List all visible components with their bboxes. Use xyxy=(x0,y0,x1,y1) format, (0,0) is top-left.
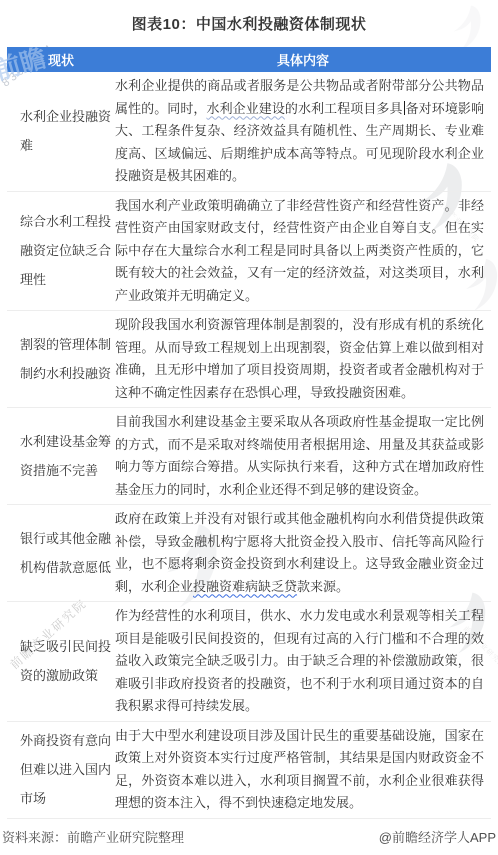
row-detail: 现阶段我国水利资源管理体制是割裂的，没有形成有机的系统化管理。从而导致工程规划上… xyxy=(115,314,491,404)
page-title: 图表10：中国水利投融资体制现状 xyxy=(0,0,498,34)
row-status: 外商投资有意向但难以进入国内市场 xyxy=(7,725,115,815)
row-status: 割裂的管理体制制约水利投融资 xyxy=(7,314,115,404)
row-detail: 我国水利产业政策明确确立了非经营性资产和经营性资产。非经营性资产由国家财政支付，… xyxy=(115,195,491,308)
table-row: 缺乏吸引民间投资的激励政策 作为经营性的水利项目，供水、水力发电或水利景观等相关… xyxy=(7,602,491,722)
table-row: 综合水利工程投融资定位缺乏合理性 我国水利产业政策明确确立了非经营性资产和经营性… xyxy=(7,192,491,312)
credit-note: @前瞻经济学人APP xyxy=(379,827,496,846)
table-row: 水利企业投融资难 水利企业提供的商品或者服务是公共物品或者附带部分公共物品属性的… xyxy=(7,72,491,192)
detail-text: 的水利工程项目多具 xyxy=(285,101,403,116)
table-row: 银行或其他金融机构借款意愿低 政府在政策上并没有对银行或其他金融机构向水利借贷提… xyxy=(7,505,491,602)
row-status: 缺乏吸引民间投资的激励政策 xyxy=(7,605,115,718)
row-status: 综合水利工程投融资定位缺乏合理性 xyxy=(7,195,115,308)
page: 前瞻 8395991 前瞻产业研究院 前瞻产业研究院 前瞻产业研究院 图表10：… xyxy=(0,0,498,855)
table-row: 外商投资有意向但难以进入国内市场 由于大中型水利建设项目涉及国计民生的重要基础设… xyxy=(7,722,491,819)
spellcheck-flagged-text: 投融资难病缺乏贷 xyxy=(193,579,297,594)
status-table: 现状 具体内容 水利企业投融资难 水利企业提供的商品或者服务是公共物品或者附带部… xyxy=(7,47,491,819)
row-detail: 作为经营性的水利项目，供水、水力发电或水利景观等相关工程项目是能吸引民间投资的，… xyxy=(115,605,491,718)
text-caret xyxy=(404,101,405,115)
row-detail: 水利企业提供的商品或者服务是公共物品或者附带部分公共物品属性的。同时，水利企业建… xyxy=(115,75,491,188)
spellcheck-flagged-text: 水利企业建设 xyxy=(207,101,285,116)
footer: 资料来源：前瞻产业研究院整理 @前瞻经济学人APP xyxy=(2,827,496,846)
column-header-detail: 具体内容 xyxy=(115,50,491,69)
table-header: 现状 具体内容 xyxy=(7,47,491,72)
source-note: 资料来源：前瞻产业研究院整理 xyxy=(2,827,184,846)
table-row: 割裂的管理体制制约水利投融资 现阶段我国水利资源管理体制是割裂的，没有形成有机的… xyxy=(7,311,491,408)
row-status: 银行或其他金融机构借款意愿低 xyxy=(7,508,115,598)
column-header-status: 现状 xyxy=(7,50,115,69)
row-detail: 目前我国水利建设基金主要采取从各项政府性基金提取一定比例的方式，而不是采取对终端… xyxy=(115,411,491,501)
row-status: 水利建设基金筹资措施不完善 xyxy=(7,411,115,501)
row-detail: 由于大中型水利建设项目涉及国计民生的重要基础设施，国家在政策上对外资资本实行过度… xyxy=(115,725,491,815)
table-row: 水利建设基金筹资措施不完善 目前我国水利建设基金主要采取从各项政府性基金提取一定… xyxy=(7,408,491,505)
detail-text: 款来源。 xyxy=(297,579,349,594)
row-detail: 政府在政策上并没有对银行或其他金融机构向水利借贷提供政策补偿，导致金融机构宁愿将… xyxy=(115,508,491,598)
row-status: 水利企业投融资难 xyxy=(7,75,115,188)
